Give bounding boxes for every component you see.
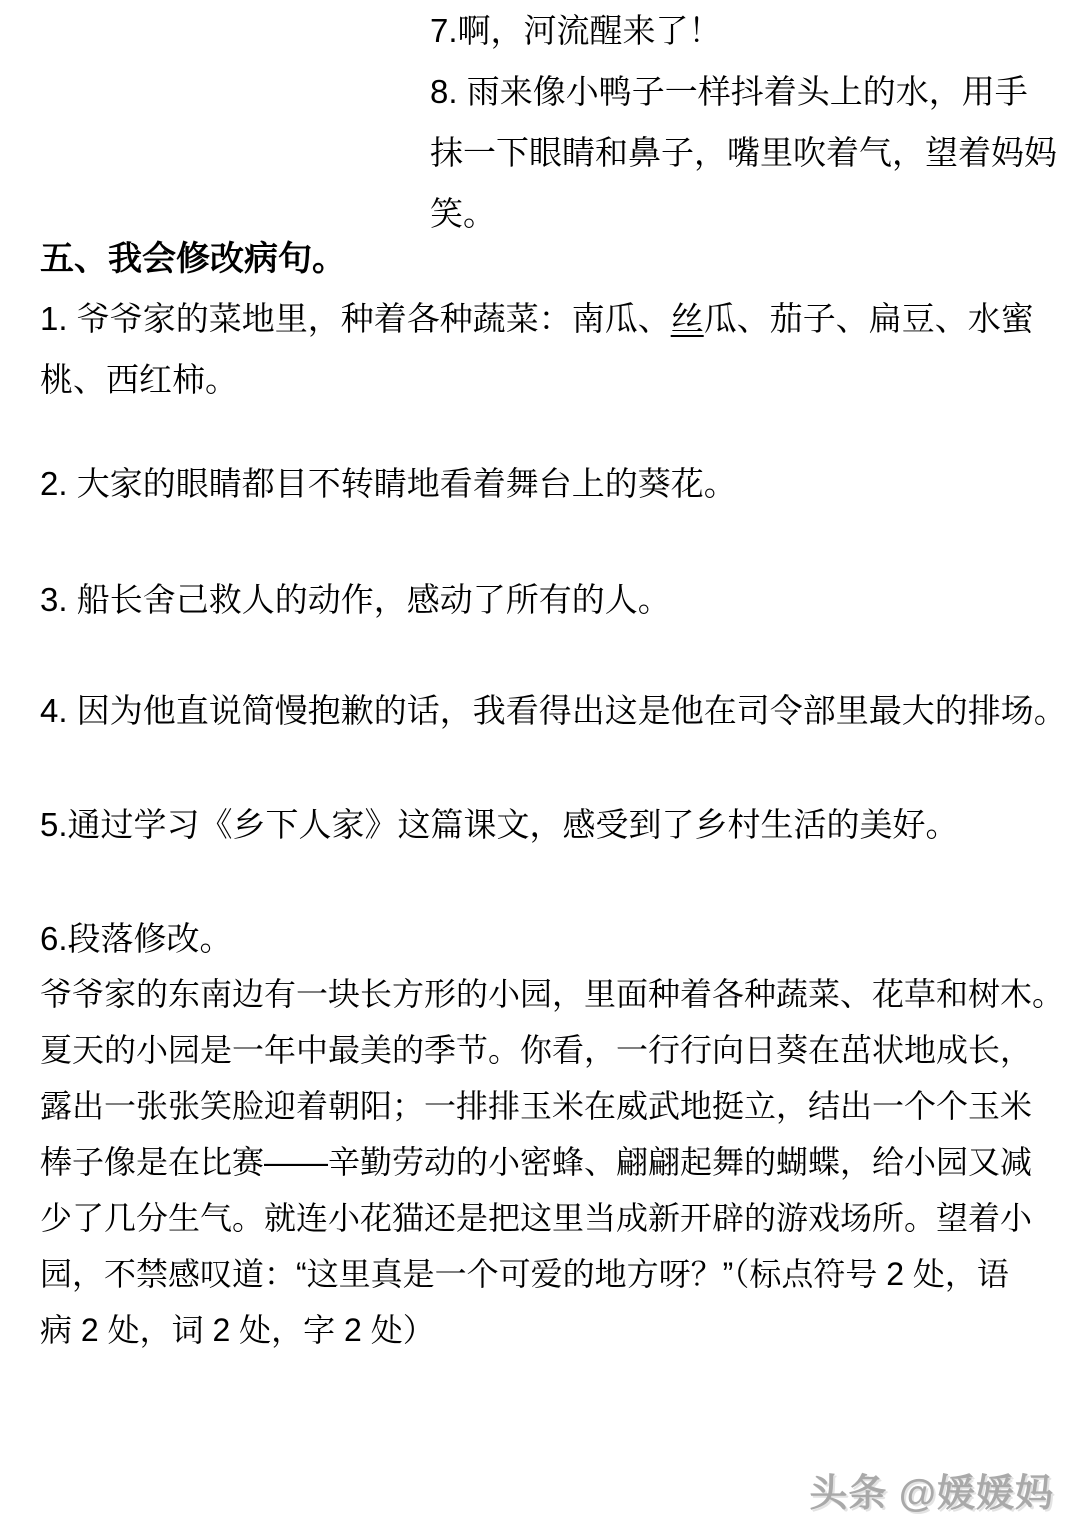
item-6-paragraph-line-2: 夏天的小园是一年中最美的季节。你看，一行行向日葵在茁状地成长，	[40, 1022, 1064, 1078]
continuation-line-8-wrap-1: 抹一下眼睛和鼻子，嘴里吹着气，望着妈妈	[430, 122, 1057, 183]
watermark: 头条 @媛媛妈	[809, 1462, 1054, 1517]
continuation-line-7: 7.啊，河流醒来了！	[430, 0, 1057, 61]
item-1-underlined-char: 丝	[671, 300, 704, 337]
exercise-item-1: 1. 爷爷家的菜地里，种着各种蔬菜：南瓜、丝瓜、茄子、扁豆、水蜜 桃、西红柿。	[40, 288, 1034, 410]
item-6-label: 6.段落修改。	[40, 912, 1064, 966]
exercise-item-2: 2. 大家的眼睛都目不转睛地看着舞台上的葵花。	[40, 455, 737, 512]
exercise-item-3: 3. 船长舍己救人的动作，感动了所有的人。	[40, 571, 671, 628]
continuation-block: 7.啊，河流醒来了！ 8. 雨来像小鸭子一样抖着头上的水，用手 抹一下眼睛和鼻子…	[430, 0, 1057, 244]
exercise-item-5: 5.通过学习《乡下人家》这篇课文，感受到了乡村生活的美好。	[40, 796, 959, 853]
item-6-paragraph-line-1: 爷爷家的东南边有一块长方形的小园，里面种着各种蔬菜、花草和树木。	[40, 966, 1064, 1022]
continuation-line-8-wrap-2: 笑。	[430, 183, 1057, 244]
worksheet-page: 7.啊，河流醒来了！ 8. 雨来像小鸭子一样抖着头上的水，用手 抹一下眼睛和鼻子…	[0, 0, 1080, 1527]
item-1-line-2: 桃、西红柿。	[40, 349, 1034, 410]
item-1-line-1: 1. 爷爷家的菜地里，种着各种蔬菜：南瓜、丝瓜、茄子、扁豆、水蜜	[40, 288, 1034, 349]
item-6-paragraph-line-3: 露出一张张笑脸迎着朝阳；一排排玉米在威武地挺立，结出一个个玉米	[40, 1078, 1064, 1134]
item-6-paragraph-line-7: 病 2 处，词 2 处，字 2 处）	[40, 1302, 1064, 1358]
item-6-paragraph-line-6: 园，不禁感叹道：“这里真是一个可爱的地方呀？”（标点符号 2 处，语	[40, 1246, 1064, 1302]
item-1-line-1-after: 瓜、茄子、扁豆、水蜜	[704, 300, 1034, 337]
section-heading: 五、我会修改病句。	[40, 232, 346, 286]
continuation-line-8: 8. 雨来像小鸭子一样抖着头上的水，用手	[430, 61, 1057, 122]
exercise-item-4: 4. 因为他直说简慢抱歉的话，我看得出这是他在司令部里最大的排场。	[40, 682, 1067, 739]
item-6-paragraph-line-5: 少了几分生气。就连小花猫还是把这里当成新开辟的游戏场所。望着小	[40, 1190, 1064, 1246]
exercise-item-6: 6.段落修改。 爷爷家的东南边有一块长方形的小园，里面种着各种蔬菜、花草和树木。…	[40, 912, 1064, 1358]
item-1-line-1-before: 1. 爷爷家的菜地里，种着各种蔬菜：南瓜、	[40, 300, 671, 337]
item-6-paragraph-line-4: 棒子像是在比赛——辛勤劳动的小密蜂、翩翩起舞的蝴蝶，给小园又减	[40, 1134, 1064, 1190]
